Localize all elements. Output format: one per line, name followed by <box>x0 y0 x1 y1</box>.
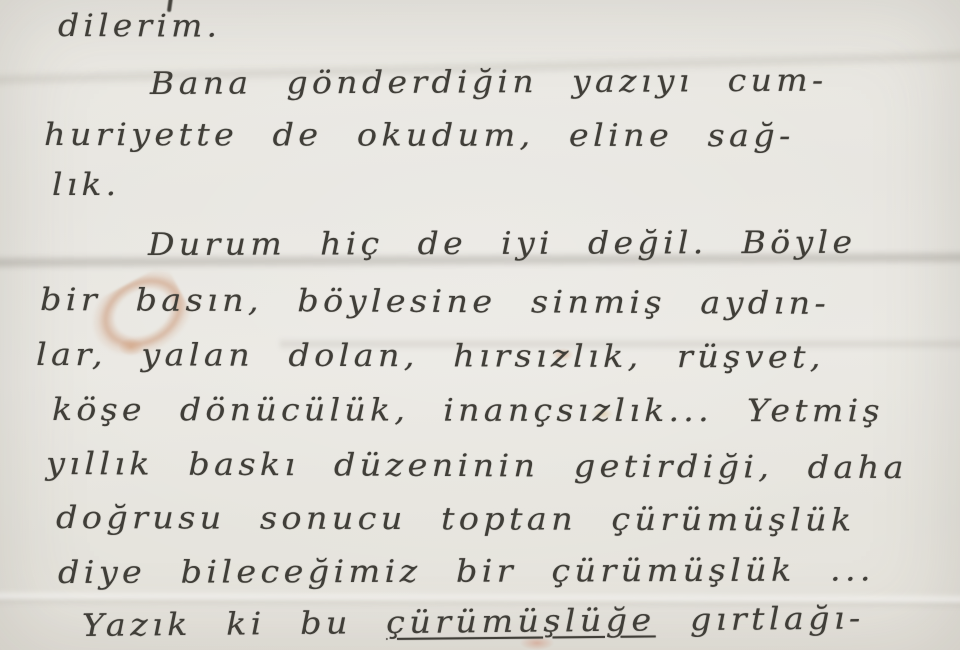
handwritten-line: köşe dönücülük, inançsızlık... Yetmiş <box>52 392 884 429</box>
handwritten-line: Durum hiç de iyi değil. Böyle <box>148 225 856 263</box>
handwritten-line: Bana gönderdiğin yazıyı cum- <box>150 63 828 102</box>
handwritten-line: bir basın, böylesine sinmiş aydın- <box>40 282 830 322</box>
handwritten-line: huriyette de okudum, eline sağ- <box>44 117 795 154</box>
handwritten-line: lık. <box>52 167 120 203</box>
last-line-start: Yazık ki bu <box>82 605 387 644</box>
handwritten-line: lar, yalan dolan, hırsızlık, rüşvet, <box>36 337 825 376</box>
last-line-end: gırtlağı- <box>655 600 864 638</box>
handwritten-letter-photo: dilerim. Bana gönderdiğin yazıyı cum- hu… <box>0 0 960 650</box>
handwritten-line: doğrusu sonucu toptan çürümüşlük <box>56 500 856 539</box>
last-line-underlined-word: çürümüşlüğe <box>386 602 656 641</box>
handwritten-line: dilerim. <box>58 8 221 45</box>
handwritten-line-cropped: Yazık ki bu çürümüşlüğe gırtlağı- <box>82 600 865 644</box>
handwritten-line: yıllık baskı düzeninin getirdiği, daha <box>46 446 908 486</box>
handwritten-line: diye bileceğimiz bir çürümüşlük ... <box>58 552 875 591</box>
